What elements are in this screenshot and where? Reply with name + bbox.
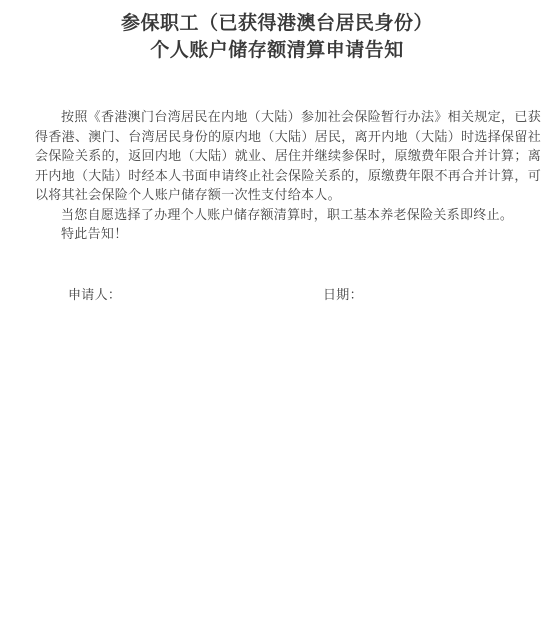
document-page: 参保职工（已获得港澳台居民身份） 个人账户储存额清算申请告知 按照《香港澳门台湾… — [0, 0, 554, 621]
paragraph-termination-note: 当您自愿选择了办理个人账户储存额清算时，职工基本养老保险关系即终止。 — [35, 205, 541, 225]
document-title: 参保职工（已获得港澳台居民身份） 个人账户储存额清算申请告知 — [0, 0, 554, 64]
document-body: 按照《香港澳门台湾居民在内地（大陆）参加社会保险暂行办法》相关规定，已获得香港、… — [35, 107, 541, 244]
date-label: 日期： — [323, 284, 363, 303]
paragraph-closing-notice: 特此告知！ — [35, 224, 541, 244]
document-title-line1: 参保职工（已获得港澳台居民身份） — [0, 10, 554, 37]
document-title-line2: 个人账户储存额清算申请告知 — [0, 37, 554, 64]
applicant-label: 申请人： — [68, 284, 121, 303]
signature-row: 申请人： 日期： — [0, 284, 554, 304]
paragraph-regulation: 按照《香港澳门台湾居民在内地（大陆）参加社会保险暂行办法》相关规定，已获得香港、… — [35, 107, 541, 205]
